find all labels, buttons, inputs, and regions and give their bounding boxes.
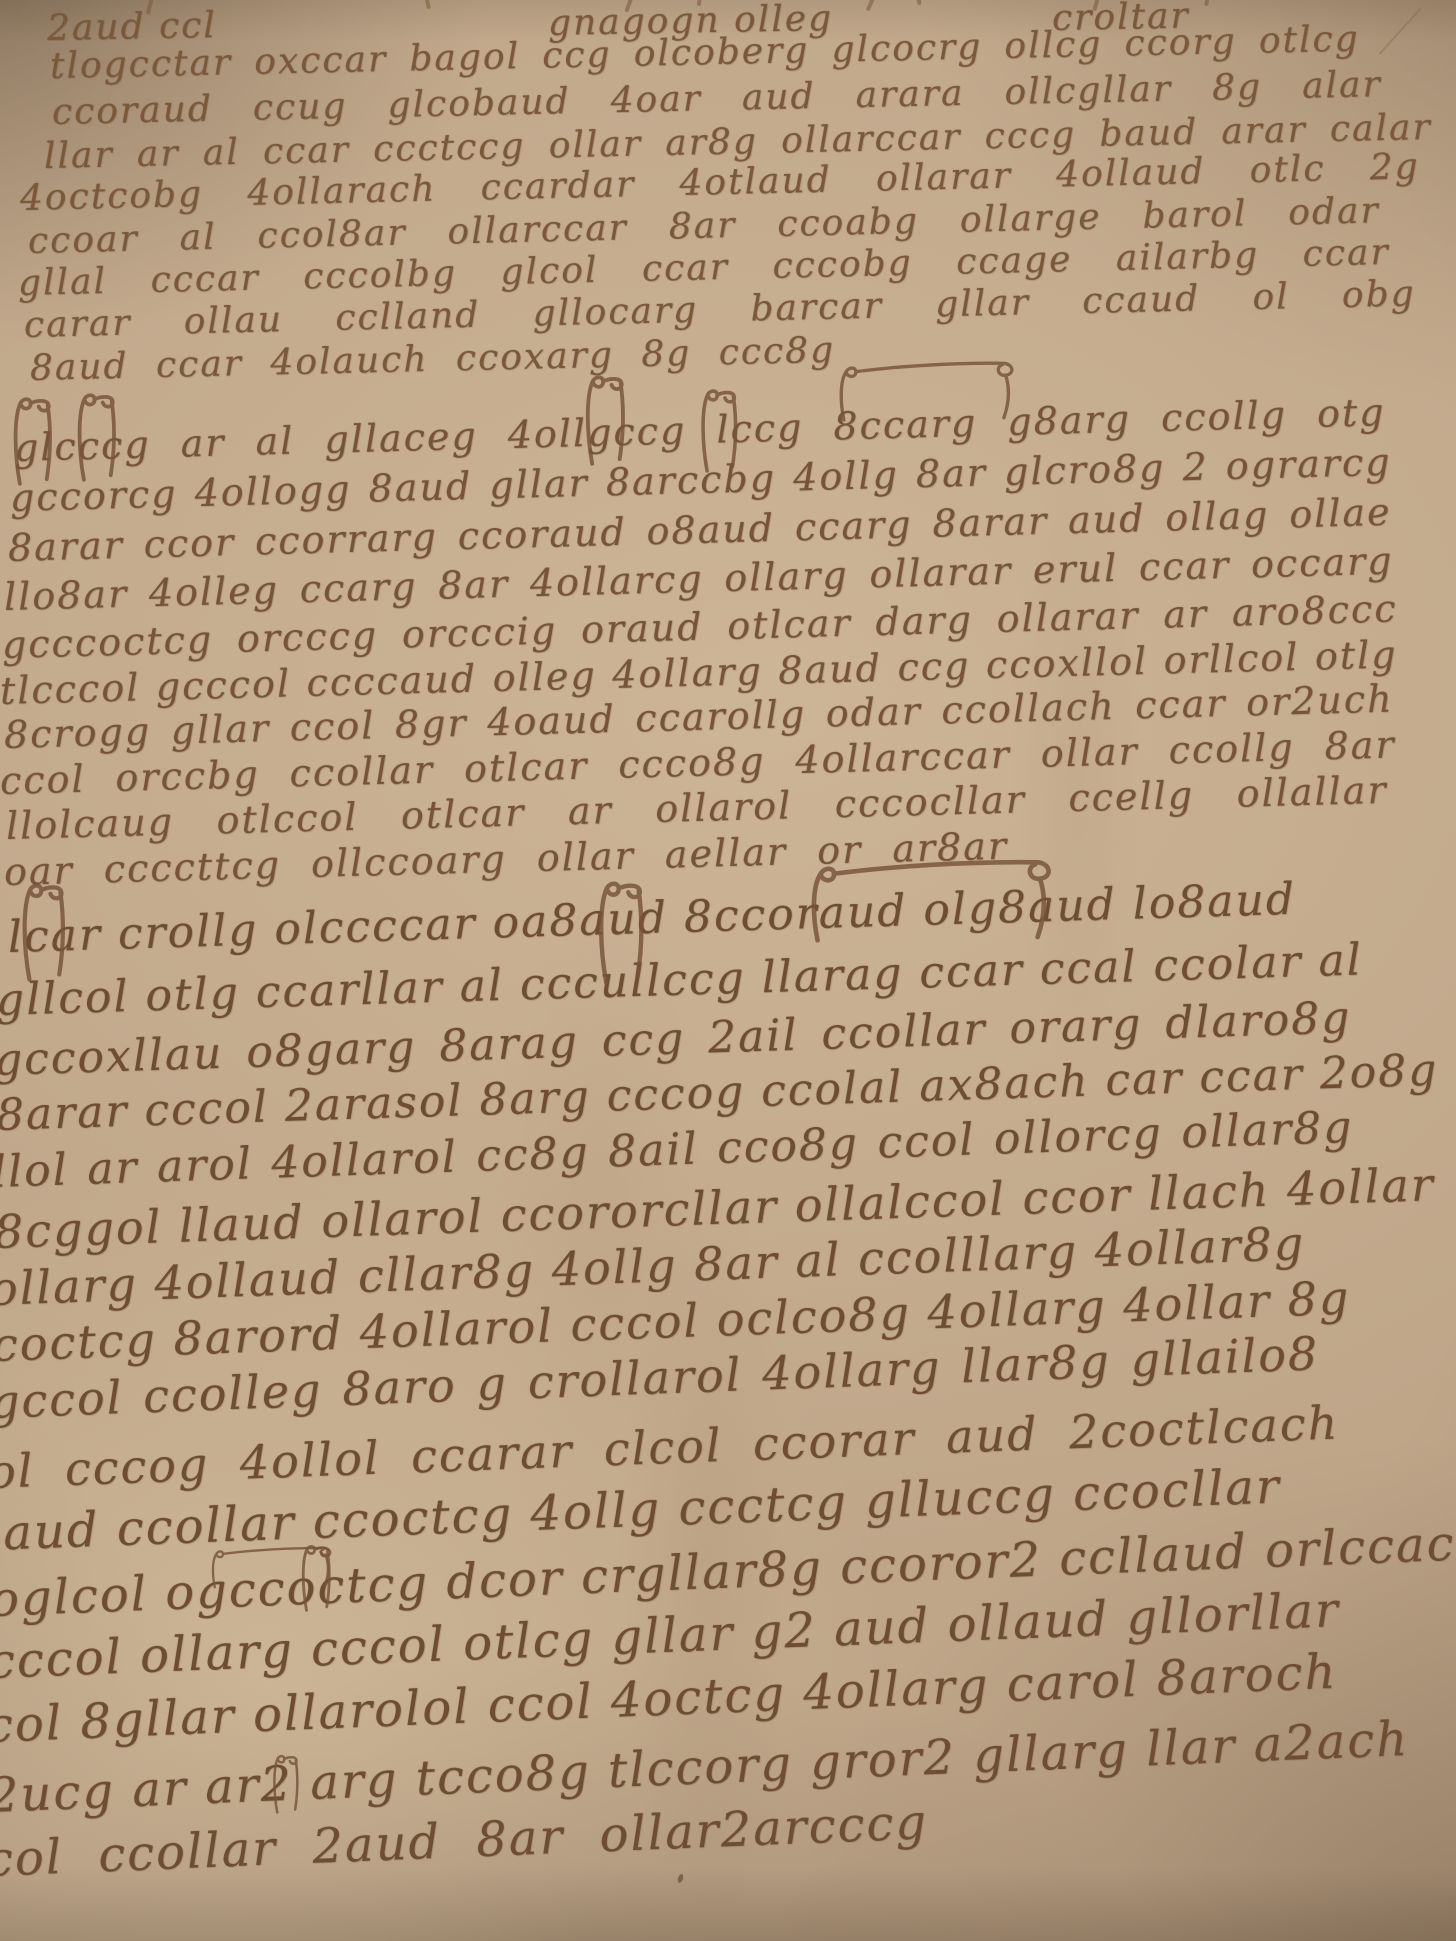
cut-line-ink-fragment <box>1204 0 1210 6</box>
manuscript-page: 2aud cclgnagogn ollegcroltartlogcctar ox… <box>0 0 1456 1941</box>
gallows-ornament <box>694 386 748 476</box>
cut-line-ink-fragment <box>866 0 876 11</box>
cut-line-ink-fragment <box>916 0 921 5</box>
gallows-ornament <box>6 394 63 489</box>
ink-speck <box>677 1873 685 1883</box>
cut-line-ink-fragment <box>424 0 431 9</box>
gallows-ornament <box>70 390 127 485</box>
gallows-ornament <box>590 878 657 989</box>
gallows-ornament <box>296 1543 339 1615</box>
gallows-ornament <box>578 372 637 470</box>
gallows-flourish-ornament <box>804 856 1083 971</box>
scratch-mark <box>1379 7 1422 54</box>
gallows-flourish-ornament <box>834 359 1037 443</box>
gallows-ornament <box>14 880 78 986</box>
gallows-ornament <box>268 1753 306 1817</box>
